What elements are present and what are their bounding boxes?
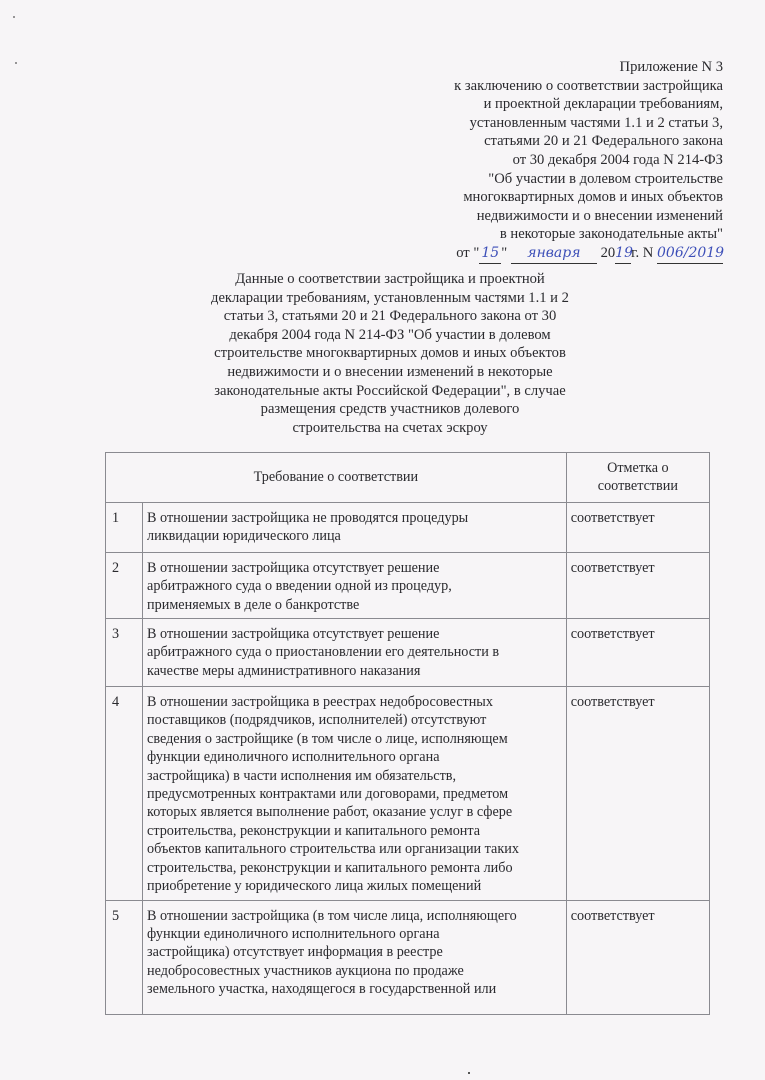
row-requirement: В отношении застройщика в реестрах недоб… [143, 687, 567, 900]
title-line: недвижимости и о внесении изменений в не… [190, 363, 590, 382]
requirement-line: застройщика) отсутствует информация в ре… [147, 943, 562, 961]
requirement-line: приобретение у юридического лица жилых п… [147, 877, 562, 895]
appendix-line: в некоторые законодательные акты" [343, 225, 723, 244]
table-header-row: Требование о соответствии Отметка о соот… [106, 453, 710, 503]
row-number: 1 [106, 502, 143, 552]
title-line: строительства на счетах эскроу [190, 419, 590, 438]
title-line: статьи 3, статьями 20 и 21 Федерального … [190, 307, 590, 326]
requirement-line: функции единоличного исполнительного орг… [147, 748, 562, 766]
appendix-line: статьями 20 и 21 Федерального закона [343, 132, 723, 151]
scan-speck [15, 62, 17, 64]
scan-speck [468, 1072, 470, 1074]
header-mark-line: соответствии [571, 477, 705, 495]
table-row: 2 В отношении застройщика отсутствует ре… [106, 552, 710, 618]
table-row: 4 В отношении застройщика в реестрах нед… [106, 687, 710, 900]
header-mark-line: Отметка о [571, 459, 705, 477]
requirement-line: В отношении застройщика отсутствует реше… [147, 625, 562, 643]
row-requirement: В отношении застройщика отсутствует реше… [143, 552, 567, 618]
requirement-line: застройщика) в части исполнения им обяза… [147, 767, 562, 785]
appendix-line: установленным частями 1.1 и 2 статьи 3, [343, 114, 723, 133]
table-row: 5 В отношении застройщика (в том числе л… [106, 900, 710, 1014]
date-prefix: от " [456, 245, 479, 261]
requirement-line: ликвидации юридического лица [147, 527, 562, 545]
appendix-line: "Об участии в долевом строительстве [343, 170, 723, 189]
row-requirement: В отношении застройщика (в том числе лиц… [143, 900, 567, 1014]
row-mark: соответствует [566, 687, 709, 900]
requirement-line: качестве меры административного наказани… [147, 662, 562, 680]
requirement-line: которых является выполнение работ, оказа… [147, 803, 562, 821]
appendix-line: Приложение N 3 [343, 58, 723, 77]
appendix-line: к заключению о соответствии застройщика [343, 77, 723, 96]
handwritten-month: января [511, 244, 597, 264]
row-number: 5 [106, 900, 143, 1014]
row-mark: соответствует [566, 502, 709, 552]
requirement-line: В отношении застройщика отсутствует реше… [147, 559, 562, 577]
requirement-line: сведения о застройщике (в том числе о ли… [147, 730, 562, 748]
number-prefix: г. N [631, 245, 653, 261]
date-quote: " [501, 245, 507, 261]
title-line: размещения средств участников долевого [190, 400, 590, 419]
requirement-line: земельного участка, находящегося в госуд… [147, 980, 562, 998]
handwritten-day: 15 [479, 244, 501, 264]
requirement-line: предусмотренных контрактами или договора… [147, 785, 562, 803]
document-title: Данные о соответствии застройщика и прое… [190, 270, 590, 437]
requirement-line: В отношении застройщика не проводятся пр… [147, 509, 562, 527]
appendix-line: многоквартирных домов и иных объектов [343, 188, 723, 207]
date-number-line: от "15" января 2019г. N 006/2019 [343, 244, 723, 264]
appendix-header: Приложение N 3 к заключению о соответств… [343, 58, 723, 264]
scan-speck [13, 16, 15, 18]
title-line: декларации требованиям, установленным ча… [190, 289, 590, 308]
requirement-line: В отношении застройщика в реестрах недоб… [147, 693, 562, 711]
row-mark: соответствует [566, 552, 709, 618]
row-mark: соответствует [566, 900, 709, 1014]
row-mark: соответствует [566, 619, 709, 687]
requirement-line: недобросовестных участников аукциона по … [147, 962, 562, 980]
title-line: законодательные акты Российской Федераци… [190, 382, 590, 401]
appendix-line: от 30 декабря 2004 года N 214-ФЗ [343, 151, 723, 170]
requirement-line: арбитражного суда о введении одной из пр… [147, 577, 562, 595]
requirement-line: применяемых в деле о банкротстве [147, 596, 562, 614]
row-requirement: В отношении застройщика не проводятся пр… [143, 502, 567, 552]
row-number: 4 [106, 687, 143, 900]
row-number: 3 [106, 619, 143, 687]
title-line: Данные о соответствии застройщика и прое… [190, 270, 590, 289]
requirement-line: строительства, реконструкции и капитальн… [147, 822, 562, 840]
row-requirement: В отношении застройщика отсутствует реше… [143, 619, 567, 687]
appendix-line: недвижимости и о внесении изменений [343, 207, 723, 226]
requirement-line: В отношении застройщика (в том числе лиц… [147, 907, 562, 925]
table-row: 3 В отношении застройщика отсутствует ре… [106, 619, 710, 687]
year-prefix: 20 [601, 245, 616, 261]
requirement-line: поставщиков (подрядчиков, исполнителей) … [147, 711, 562, 729]
header-requirement: Требование о соответствии [106, 453, 567, 503]
header-mark: Отметка о соответствии [566, 453, 709, 503]
appendix-line: и проектной декларации требованиям, [343, 95, 723, 114]
requirement-line: функции единоличного исполнительного орг… [147, 925, 562, 943]
requirement-line: арбитражного суда о приостановлении его … [147, 643, 562, 661]
handwritten-year: 19 [615, 244, 631, 264]
title-line: декабря 2004 года N 214-ФЗ "Об участии в… [190, 326, 590, 345]
requirement-line: строительства, реконструкции и капитальн… [147, 859, 562, 877]
table-row: 1 В отношении застройщика не проводятся … [106, 502, 710, 552]
row-number: 2 [106, 552, 143, 618]
title-line: строительстве многоквартирных домов и ин… [190, 344, 590, 363]
requirements-table: Требование о соответствии Отметка о соот… [105, 452, 710, 1015]
requirement-line: объектов капитального строительства или … [147, 840, 562, 858]
handwritten-number: 006/2019 [657, 244, 723, 264]
